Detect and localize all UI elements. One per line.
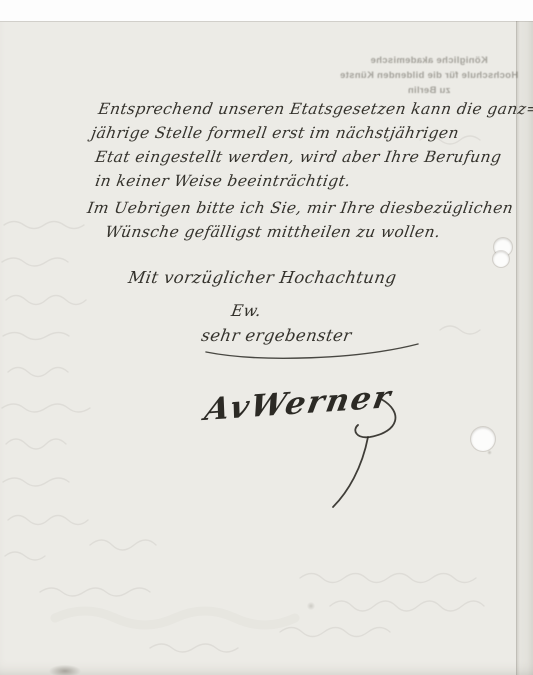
bleedthrough-letterhead-line1: Königliche akademische	[331, 53, 527, 68]
letter-body-line-2: jährige Stelle formell erst im nächstjäh…	[90, 124, 460, 142]
closing-line-2: Ew.	[230, 301, 263, 320]
letter-body-line-1: Entsprechend unseren Etatsgesetzen kann …	[97, 100, 533, 118]
punch-shadow-speck	[486, 449, 493, 456]
punch-hole-top-lower	[493, 251, 509, 267]
dark-speck	[305, 600, 317, 612]
letter-body-line-6: Wünsche gefälligst mittheilen zu wollen.	[104, 223, 442, 241]
letter-body-line-5: Im Uebrigen bitte ich Sie, mir Ihre dies…	[86, 199, 515, 217]
letter-body-line-4: in keiner Weise beeinträchtigt.	[94, 172, 352, 190]
letter-body-line-3: Etat eingestellt werden, wird aber Ihre …	[94, 148, 503, 166]
punch-hole-bottom	[471, 427, 495, 451]
closing-line-1: Mit vorzüglicher Hochachtung	[127, 268, 398, 287]
bottom-left-smudge	[42, 662, 88, 675]
bleedthrough-letterhead: Königliche akademische Hochschule für di…	[331, 53, 527, 98]
paper-sheet	[0, 21, 533, 675]
closing-line-3: sehr ergebenster	[200, 326, 353, 345]
page-fold-edge	[516, 21, 533, 675]
scanned-letter-page: Königliche akademische Hochschule für di…	[0, 0, 533, 675]
bleedthrough-letterhead-line2: Hochschule für die bildenden Künste	[331, 68, 527, 83]
bleedthrough-letterhead-line3: zu Berlin	[331, 83, 527, 98]
